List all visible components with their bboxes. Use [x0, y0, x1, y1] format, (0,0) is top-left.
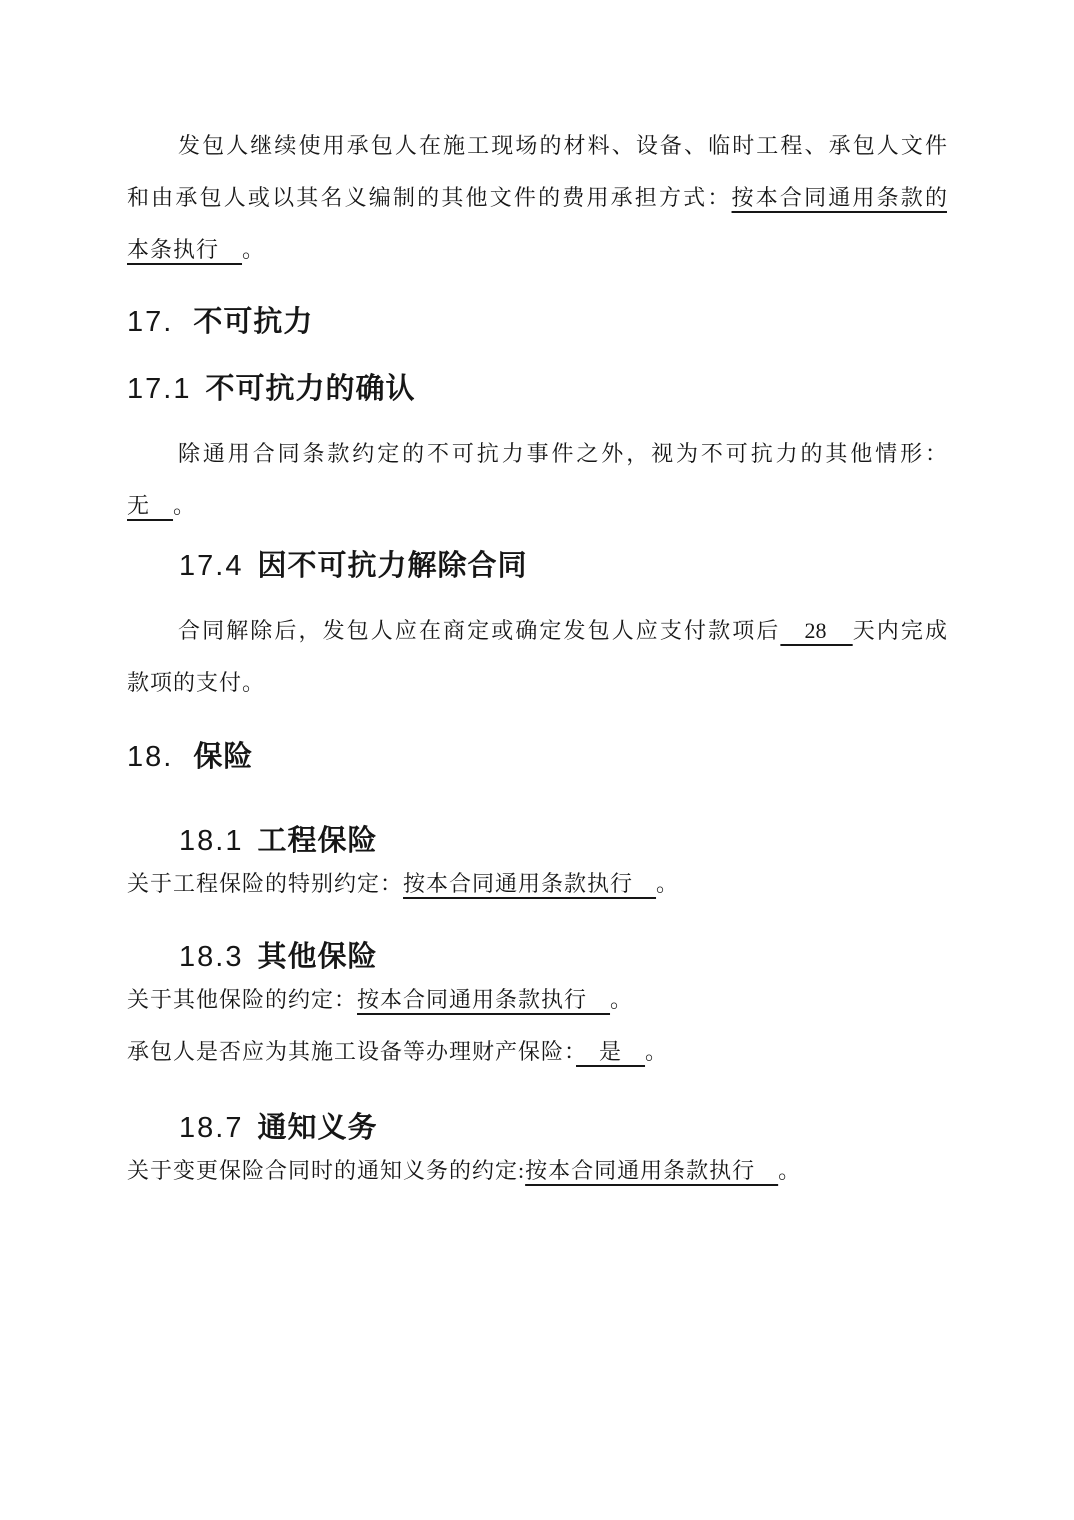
paragraph-line: 和由承包人或以其名义编制的其他文件的费用承担方式：按本合同通用条款的	[127, 172, 947, 224]
paragraph-line: 无 。	[127, 480, 947, 532]
heading-18-3-other-insurance: 18.3其他保险	[179, 940, 947, 974]
heading-title: 保险	[193, 741, 253, 773]
heading-title: 通知义务	[257, 1112, 377, 1144]
paragraph-works-insurance-agreement: 关于工程保险的特别约定：按本合同通用条款执行 。	[127, 858, 947, 910]
paragraph-notice-obligation-agreement: 关于变更保险合同时的通知义务的约定:按本合同通用条款执行 。	[127, 1145, 947, 1197]
paragraph-line: 本条执行 。	[127, 224, 947, 276]
text-segment: 。	[656, 871, 679, 896]
text-segment: 。	[242, 237, 265, 262]
heading-title: 工程保险	[257, 825, 377, 857]
paragraph-property-insurance-question: 承包人是否应为其施工设备等办理财产保险： 是 。	[127, 1026, 947, 1078]
heading-number: 18.7	[179, 1112, 243, 1144]
heading-18-7-notice-obligation: 18.7通知义务	[179, 1111, 947, 1145]
paragraph-line: 款项的支付。	[127, 657, 947, 709]
text-segment: 关于变更保险合同时的通知义务的约定:	[127, 1158, 525, 1183]
heading-number: 18.3	[179, 941, 243, 973]
paragraph-line: 发包人继续使用承包人在施工现场的材料、设备、临时工程、承包人文件	[127, 120, 947, 172]
text-segment: 除通用合同条款约定的不可抗力事件之外，视为不可抗力的其他情形：	[178, 441, 947, 466]
text-segment: 天内完成	[853, 618, 947, 643]
filled-blank-days: 28	[780, 618, 852, 643]
text-segment: 和由承包人或以其名义编制的其他文件的费用承担方式：	[127, 185, 732, 210]
filled-blank: 按本合同通用条款执行	[357, 987, 610, 1012]
text-segment: 关于其他保险的约定：	[127, 987, 357, 1012]
text-segment: 发包人继续使用承包人在施工现场的材料、设备、临时工程、承包人文件	[178, 133, 947, 158]
heading-17-1-confirmation: 17.1不可抗力的确认	[127, 372, 947, 406]
filled-blank: 按本合同通用条款执行	[403, 871, 656, 896]
heading-number: 17.1	[127, 373, 191, 405]
text-segment: 承包人是否应为其施工设备等办理财产保险：	[127, 1039, 576, 1064]
heading-title: 其他保险	[257, 941, 377, 973]
paragraph-line: 除通用合同条款约定的不可抗力事件之外，视为不可抗力的其他情形：	[127, 428, 947, 480]
heading-title: 不可抗力	[193, 306, 313, 338]
heading-number: 17.4	[179, 550, 243, 582]
heading-number: 17.	[127, 306, 173, 338]
filled-blank: 本条执行	[127, 237, 242, 262]
paragraph-force-majeure-other-cases: 除通用合同条款约定的不可抗力事件之外，视为不可抗力的其他情形： 无 。	[127, 428, 947, 532]
heading-number: 18.1	[179, 825, 243, 857]
filled-blank: 按本合同通用条款执行	[525, 1158, 778, 1183]
heading-17-force-majeure: 17.不可抗力	[127, 305, 947, 339]
filled-blank: 按本合同通用条款的	[732, 185, 947, 210]
paragraph-other-insurance-agreement: 关于其他保险的约定：按本合同通用条款执行 。	[127, 974, 947, 1026]
filled-blank: 无	[127, 493, 173, 518]
text-segment: 。	[610, 987, 633, 1012]
text-segment: 。	[173, 493, 196, 518]
paragraph-contractor-documents-cost: 发包人继续使用承包人在施工现场的材料、设备、临时工程、承包人文件 和由承包人或以…	[127, 120, 947, 276]
heading-number: 18.	[127, 741, 173, 773]
text-segment: 合同解除后，发包人应在商定或确定发包人应支付款项后	[178, 618, 780, 643]
heading-17-4-termination-force-majeure: 17.4因不可抗力解除合同	[179, 549, 947, 583]
paragraph-payment-after-termination: 合同解除后，发包人应在商定或确定发包人应支付款项后 28 天内完成 款项的支付。	[127, 605, 947, 709]
heading-title: 因不可抗力解除合同	[257, 550, 527, 582]
contract-page: 发包人继续使用承包人在施工现场的材料、设备、临时工程、承包人文件 和由承包人或以…	[0, 0, 1074, 1520]
heading-18-1-works-insurance: 18.1工程保险	[179, 824, 947, 858]
text-segment: 关于工程保险的特别约定：	[127, 871, 403, 896]
heading-18-insurance: 18.保险	[127, 740, 947, 774]
text-segment: 。	[778, 1158, 801, 1183]
filled-blank-yes: 是	[576, 1039, 645, 1064]
text-segment: 款项的支付。	[127, 670, 265, 695]
paragraph-line: 合同解除后，发包人应在商定或确定发包人应支付款项后 28 天内完成	[127, 605, 947, 657]
heading-title: 不可抗力的确认	[205, 373, 415, 405]
text-segment: 。	[645, 1039, 668, 1064]
